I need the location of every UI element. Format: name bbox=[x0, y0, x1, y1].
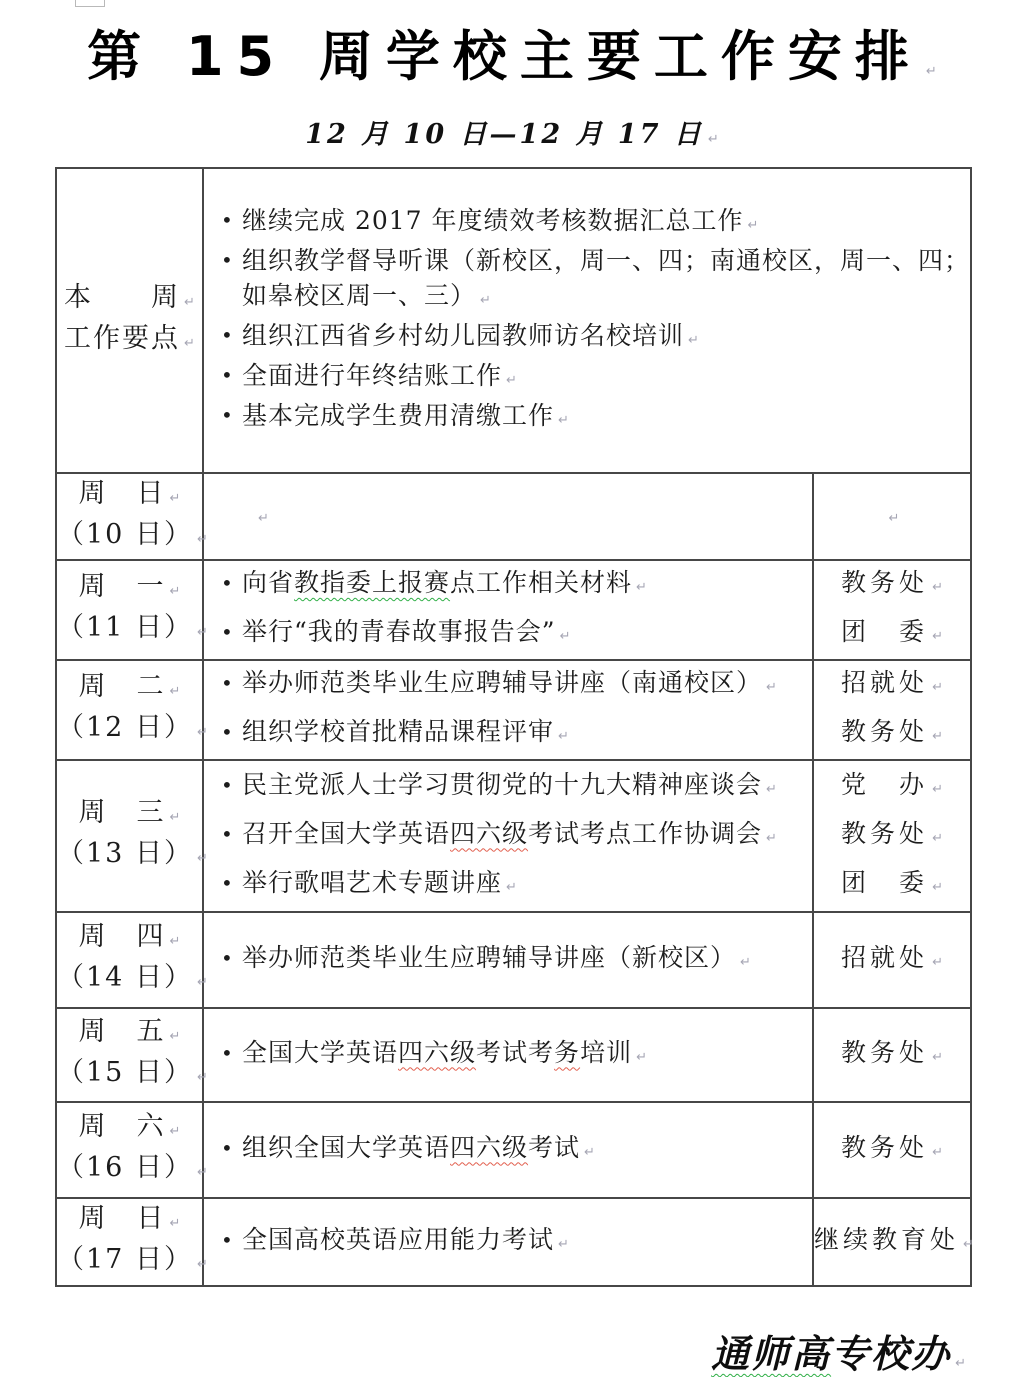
paragraph-mark bbox=[166, 478, 181, 509]
work-item: •举办师范类毕业生应聘辅导讲座（南通校区） bbox=[204, 661, 812, 710]
proofing-underlined-text: 四六级 bbox=[450, 819, 528, 848]
paragraph-mark bbox=[928, 943, 943, 972]
proofing-underlined-text: 务 bbox=[554, 1038, 580, 1067]
text-segment: 继续教育处 bbox=[814, 1225, 959, 1254]
work-item-text: 向省教指委上报赛点工作相关材料 bbox=[242, 568, 632, 597]
paragraph-mark bbox=[928, 868, 943, 897]
text-segment: 举行歌唱艺术专题讲座 bbox=[242, 868, 502, 897]
text-segment: 组织学校首批精品课程评审 bbox=[242, 717, 554, 746]
bullet-icon: • bbox=[221, 1031, 234, 1075]
work-items-cell: •举办师范类毕业生应聘辅导讲座（南通校区）•组织学校首批精品课程评审 bbox=[203, 660, 813, 760]
department-name: 团 委 bbox=[814, 861, 970, 910]
work-items-list: •向省教指委上报赛点工作相关材料•举行“我的青春故事报告会” bbox=[204, 561, 812, 659]
work-items-cell: •举办师范类毕业生应聘辅导讲座（新校区） bbox=[203, 912, 813, 1008]
work-items-cell: •组织全国大学英语四六级考试 bbox=[203, 1102, 813, 1198]
department-cell: 教务处 bbox=[813, 1008, 971, 1102]
document-page: 第 15 周学校主要工作安排 12 月 10 日—12 月 17 日 本 周工作… bbox=[0, 0, 1024, 1377]
text-segment: 党 办 bbox=[841, 770, 928, 799]
page-title-text: 第 15 周学校主要工作安排 bbox=[87, 25, 922, 88]
paragraph-mark bbox=[885, 507, 900, 526]
text-segment: 培训 bbox=[580, 1038, 632, 1067]
work-item-text: 组织全国大学英语四六级考试 bbox=[242, 1133, 580, 1162]
bullet-icon: • bbox=[221, 861, 234, 905]
work-item: •举行“我的青春故事报告会” bbox=[204, 610, 812, 659]
work-items-cell: •向省教指委上报赛点工作相关材料•举行“我的青春故事报告会” bbox=[203, 560, 813, 660]
text-segment: 教务处 bbox=[841, 819, 928, 848]
text-segment: 全国高校英语应用能力考试 bbox=[242, 1225, 554, 1254]
date-range-text: 12 月 10 日—12 月 17 日 bbox=[305, 119, 704, 150]
paragraph-mark bbox=[762, 668, 777, 697]
date-range: 12 月 10 日—12 月 17 日 bbox=[0, 112, 1024, 151]
work-item: •全面进行年终结账工作 bbox=[204, 358, 970, 398]
work-item-text: 全面进行年终结账工作 bbox=[242, 361, 502, 390]
work-item: •组织教学督导听课（新校区，周一、四；南通校区，周一、四；如皋校区周一、三） bbox=[204, 243, 970, 318]
text-segment: 教务处 bbox=[841, 717, 928, 746]
department-cell: 教务处团 委 bbox=[813, 560, 971, 660]
signature-text: 通师高专校办 bbox=[711, 1331, 951, 1376]
day-label-line1: 本 周 bbox=[57, 280, 202, 321]
work-item-text: 组织学校首批精品课程评审 bbox=[242, 717, 554, 746]
text-segment: 周 三 bbox=[79, 797, 166, 828]
day-label-line1: 周 日 bbox=[57, 476, 202, 517]
proofing-underlined-text: 教指委上报赛 bbox=[294, 568, 450, 597]
work-item: •基本完成学生费用清缴工作 bbox=[204, 398, 970, 438]
bullet-icon: • bbox=[221, 561, 234, 605]
paragraph-mark bbox=[928, 668, 943, 697]
text-segment: 组织江西省乡村幼儿园教师访名校培训 bbox=[242, 321, 684, 350]
paragraph-mark bbox=[166, 1203, 181, 1234]
day-label-cell: 周 五（15 日） bbox=[56, 1008, 203, 1102]
day-label-line2: 工作要点 bbox=[57, 321, 202, 362]
department-cell: 继续教育处 bbox=[813, 1198, 971, 1286]
day-label-line1: 周 三 bbox=[57, 795, 202, 836]
paragraph-mark bbox=[959, 1225, 974, 1254]
department-name: 招就处 bbox=[814, 936, 970, 985]
text-segment: （15 日） bbox=[57, 1057, 193, 1088]
department-name: 教务处 bbox=[814, 1126, 970, 1175]
day-label-line2: （16 日） bbox=[57, 1150, 202, 1191]
work-item: •组织全国大学英语四六级考试 bbox=[204, 1126, 812, 1175]
text-segment: 民主党派人士学习贯彻党的十九大精神座谈会 bbox=[242, 770, 762, 799]
bullet-icon: • bbox=[221, 203, 234, 238]
work-item: •全国大学英语四六级考试考务培训 bbox=[204, 1031, 812, 1080]
work-item-text: 继续完成 2017 年度绩效考核数据汇总工作 bbox=[242, 206, 744, 235]
paragraph-mark bbox=[166, 1016, 181, 1047]
work-item-text: 全国高校英语应用能力考试 bbox=[242, 1225, 554, 1254]
bullet-icon: • bbox=[221, 398, 234, 433]
day-label-cell: 周 二（12 日） bbox=[56, 660, 203, 760]
bullet-icon: • bbox=[221, 710, 234, 754]
work-items-list: •继续完成 2017 年度绩效考核数据汇总工作•组织教学督导听课（新校区，周一、… bbox=[204, 203, 970, 438]
text-segment: 基本完成学生费用清缴工作 bbox=[242, 401, 554, 430]
day-label-line2: （11 日） bbox=[57, 610, 202, 651]
text-segment: 考试考点工作协调会 bbox=[528, 819, 762, 848]
paragraph-mark bbox=[736, 943, 751, 972]
work-item: •向省教指委上报赛点工作相关材料 bbox=[204, 561, 812, 610]
paragraph-mark bbox=[684, 321, 699, 350]
paragraph-mark bbox=[554, 1225, 569, 1254]
work-items-list: •全国高校英语应用能力考试 bbox=[204, 1218, 812, 1267]
bullet-icon: • bbox=[221, 243, 234, 278]
bullet-icon: • bbox=[221, 661, 234, 705]
text-segment: 周 二 bbox=[79, 671, 166, 702]
text-segment: 点工作相关材料 bbox=[450, 568, 632, 597]
paragraph-mark bbox=[928, 717, 943, 746]
summary-row: 本 周工作要点•继续完成 2017 年度绩效考核数据汇总工作•组织教学督导听课（… bbox=[56, 168, 971, 473]
day-label-cell: 本 周工作要点 bbox=[56, 168, 203, 473]
day-label-line1: 周 日 bbox=[57, 1201, 202, 1242]
day-row: 周 五（15 日）•全国大学英语四六级考试考务培训教务处 bbox=[56, 1008, 971, 1102]
day-row: 周 日（10 日） bbox=[56, 473, 971, 560]
text-segment: 召开全国大学英语 bbox=[242, 819, 450, 848]
signature: 通师高专校办 bbox=[0, 1323, 1024, 1377]
paragraph-mark bbox=[762, 819, 777, 848]
day-label-line2: （12 日） bbox=[57, 710, 202, 751]
paragraph-mark bbox=[166, 571, 181, 602]
text-segment: 招就处 bbox=[841, 943, 928, 972]
text-segment: 全国大学英语 bbox=[242, 1038, 398, 1067]
text-segment: 举行“我的青春故事报告会” bbox=[242, 617, 556, 646]
department-cell: 党 办教务处团 委 bbox=[813, 760, 971, 912]
text-segment: （11 日） bbox=[57, 612, 193, 643]
proofing-underlined-text: 通师高 bbox=[711, 1331, 831, 1376]
paragraph-mark bbox=[744, 206, 759, 235]
department-name: 教务处 bbox=[814, 1031, 970, 1080]
text-segment: （16 日） bbox=[57, 1152, 193, 1183]
page-title: 第 15 周学校主要工作安排 bbox=[0, 0, 1024, 88]
schedule-table-body: 本 周工作要点•继续完成 2017 年度绩效考核数据汇总工作•组织教学督导听课（… bbox=[56, 168, 971, 1286]
day-label-line1: 周 二 bbox=[57, 669, 202, 710]
department-name: 教务处 bbox=[814, 561, 970, 610]
work-item: •组织学校首批精品课程评审 bbox=[204, 710, 812, 759]
paragraph-mark bbox=[166, 1111, 181, 1142]
paragraph-mark bbox=[928, 568, 943, 597]
paragraph-mark bbox=[554, 717, 569, 746]
work-item: •组织江西省乡村幼儿园教师访名校培训 bbox=[204, 318, 970, 358]
text-segment: 继续完成 2017 年度绩效考核数据汇总工作 bbox=[242, 206, 744, 235]
text-segment: 考试 bbox=[528, 1133, 580, 1162]
paragraph-mark bbox=[928, 770, 943, 799]
bullet-icon: • bbox=[221, 610, 234, 654]
work-items-list: •组织全国大学英语四六级考试 bbox=[204, 1126, 812, 1175]
day-label-cell: 周 三（13 日） bbox=[56, 760, 203, 912]
text-segment: （17 日） bbox=[57, 1244, 193, 1275]
paragraph-mark bbox=[476, 281, 491, 310]
text-segment: 举办师范类毕业生应聘辅导讲座（南通校区） bbox=[242, 668, 762, 697]
text-segment: 周 六 bbox=[79, 1111, 166, 1142]
paragraph-mark bbox=[554, 401, 569, 430]
work-item-text: 举办师范类毕业生应聘辅导讲座（南通校区） bbox=[242, 668, 762, 697]
day-label-line2: （17 日） bbox=[57, 1242, 202, 1283]
paragraph-mark bbox=[166, 671, 181, 702]
paragraph-mark bbox=[632, 1038, 647, 1067]
proofing-underlined-text: 四六级 bbox=[398, 1038, 476, 1067]
work-item-text: 组织江西省乡村幼儿园教师访名校培训 bbox=[242, 321, 684, 350]
bullet-icon: • bbox=[221, 763, 234, 807]
text-segment: 全面进行年终结账工作 bbox=[242, 361, 502, 390]
work-item-text: 组织教学督导听课（新校区，周一、四；南通校区，周一、四；如皋校区周一、三） bbox=[242, 246, 970, 310]
text-segment: 周 四 bbox=[79, 921, 166, 952]
work-items-list bbox=[204, 507, 812, 526]
work-items-cell: •民主党派人士学习贯彻党的十九大精神座谈会•召开全国大学英语四六级考试考点工作协… bbox=[203, 760, 813, 912]
text-segment: 团 委 bbox=[841, 617, 928, 646]
bullet-icon: • bbox=[221, 358, 234, 393]
day-label-line1: 周 一 bbox=[57, 569, 202, 610]
day-label-line2: （10 日） bbox=[57, 517, 202, 558]
work-item-text: 举办师范类毕业生应聘辅导讲座（新校区） bbox=[242, 943, 736, 972]
work-item-text: 举行“我的青春故事报告会” bbox=[242, 617, 556, 646]
work-item: •举办师范类毕业生应聘辅导讲座（新校区） bbox=[204, 936, 812, 985]
paragraph-mark bbox=[580, 1133, 595, 1162]
bullet-icon: • bbox=[221, 1218, 234, 1262]
text-segment: （10 日） bbox=[57, 519, 193, 550]
work-items-cell: •全国高校英语应用能力考试 bbox=[203, 1198, 813, 1286]
work-items-cell: •全国大学英语四六级考试考务培训 bbox=[203, 1008, 813, 1102]
bullet-icon: • bbox=[221, 1126, 234, 1170]
paragraph-mark bbox=[502, 868, 517, 897]
paragraph-mark bbox=[928, 617, 943, 646]
department-name: 继续教育处 bbox=[814, 1218, 970, 1267]
paragraph-mark bbox=[204, 507, 269, 526]
paragraph-mark bbox=[928, 819, 943, 848]
department-name: 教务处 bbox=[814, 812, 970, 861]
work-item: •继续完成 2017 年度绩效考核数据汇总工作 bbox=[204, 203, 970, 243]
text-segment: 本 周 bbox=[64, 282, 180, 313]
work-items-list: •全国大学英语四六级考试考务培训 bbox=[204, 1031, 812, 1080]
text-segment: 周 日 bbox=[79, 478, 166, 509]
department-name: 招就处 bbox=[814, 661, 970, 710]
day-label-cell: 周 日（17 日） bbox=[56, 1198, 203, 1286]
work-item-text: 举行歌唱艺术专题讲座 bbox=[242, 868, 502, 897]
text-segment: 举办师范类毕业生应聘辅导讲座（新校区） bbox=[242, 943, 736, 972]
day-row: 周 日（17 日）•全国高校英语应用能力考试继续教育处 bbox=[56, 1198, 971, 1286]
work-items-list: •举办师范类毕业生应聘辅导讲座（南通校区）•组织学校首批精品课程评审 bbox=[204, 661, 812, 759]
work-item: •召开全国大学英语四六级考试考点工作协调会 bbox=[204, 812, 812, 861]
text-segment: 考试考 bbox=[476, 1038, 554, 1067]
paragraph-mark bbox=[928, 1133, 943, 1162]
work-item-text: 民主党派人士学习贯彻党的十九大精神座谈会 bbox=[242, 770, 762, 799]
day-label-cell: 周 一（11 日） bbox=[56, 560, 203, 660]
day-label-line2: （13 日） bbox=[57, 836, 202, 877]
text-segment: 组织全国大学英语 bbox=[242, 1133, 450, 1162]
text-segment: 教务处 bbox=[841, 568, 928, 597]
paragraph-mark bbox=[632, 568, 647, 597]
bullet-icon: • bbox=[221, 936, 234, 980]
department-cell: 教务处 bbox=[813, 1102, 971, 1198]
paragraph-mark bbox=[762, 770, 777, 799]
paragraph-mark bbox=[922, 25, 937, 88]
text-segment: （12 日） bbox=[57, 712, 193, 743]
text-segment: 组织教学督导听课（新校区，周一、四；南通校区，周一、四；如皋校区周一、三） bbox=[242, 246, 970, 310]
text-segment: 周 一 bbox=[79, 571, 166, 602]
day-row: 周 一（11 日）•向省教指委上报赛点工作相关材料•举行“我的青春故事报告会”教… bbox=[56, 560, 971, 660]
work-item: •全国高校英语应用能力考试 bbox=[204, 1218, 812, 1267]
paragraph-mark bbox=[556, 617, 571, 646]
text-segment: 工作要点 bbox=[64, 323, 180, 354]
day-label-cell: 周 六（16 日） bbox=[56, 1102, 203, 1198]
text-segment: 招就处 bbox=[841, 668, 928, 697]
work-item-text: 基本完成学生费用清缴工作 bbox=[242, 401, 554, 430]
paragraph-mark bbox=[166, 921, 181, 952]
department-name: 团 委 bbox=[814, 610, 970, 659]
day-label-line2: （14 日） bbox=[57, 960, 202, 1001]
department-cell bbox=[813, 473, 971, 560]
day-row: 周 二（12 日）•举办师范类毕业生应聘辅导讲座（南通校区）•组织学校首批精品课… bbox=[56, 660, 971, 760]
paragraph-mark bbox=[502, 361, 517, 390]
day-row: 周 四（14 日）•举办师范类毕业生应聘辅导讲座（新校区）招就处 bbox=[56, 912, 971, 1008]
paragraph-mark bbox=[951, 1331, 966, 1376]
work-item-text: 全国大学英语四六级考试考务培训 bbox=[242, 1038, 632, 1067]
text-segment: 专校办 bbox=[831, 1331, 951, 1376]
text-segment: 教务处 bbox=[841, 1038, 928, 1067]
day-label-line1: 周 五 bbox=[57, 1014, 202, 1055]
bullet-icon: • bbox=[221, 318, 234, 353]
day-row: 周 六（16 日）•组织全国大学英语四六级考试教务处 bbox=[56, 1102, 971, 1198]
paragraph-mark bbox=[180, 323, 195, 354]
department-cell: 招就处教务处 bbox=[813, 660, 971, 760]
work-items-cell: •继续完成 2017 年度绩效考核数据汇总工作•组织教学督导听课（新校区，周一、… bbox=[203, 168, 971, 473]
text-segment: 教务处 bbox=[841, 1133, 928, 1162]
paragraph-mark bbox=[180, 282, 195, 313]
paragraph-mark bbox=[704, 119, 719, 150]
work-item: •民主党派人士学习贯彻党的十九大精神座谈会 bbox=[204, 763, 812, 812]
text-segment: 向省 bbox=[242, 568, 294, 597]
text-segment: 团 委 bbox=[841, 868, 928, 897]
work-items-cell bbox=[203, 473, 813, 560]
paragraph-mark bbox=[166, 797, 181, 828]
department-name: 党 办 bbox=[814, 763, 970, 812]
day-label-cell: 周 四（14 日） bbox=[56, 912, 203, 1008]
paragraph-mark bbox=[928, 1038, 943, 1067]
day-label-cell: 周 日（10 日） bbox=[56, 473, 203, 560]
department-cell: 招就处 bbox=[813, 912, 971, 1008]
day-row: 周 三（13 日）•民主党派人士学习贯彻党的十九大精神座谈会•召开全国大学英语四… bbox=[56, 760, 971, 912]
day-label-line2: （15 日） bbox=[57, 1055, 202, 1096]
department-name: 教务处 bbox=[814, 710, 970, 759]
text-segment: （14 日） bbox=[57, 962, 193, 993]
text-segment: 周 五 bbox=[79, 1016, 166, 1047]
work-item-text: 召开全国大学英语四六级考试考点工作协调会 bbox=[242, 819, 762, 848]
bullet-icon: • bbox=[221, 812, 234, 856]
scan-artifact bbox=[75, 0, 105, 7]
text-segment: （13 日） bbox=[57, 838, 193, 869]
day-label-line1: 周 六 bbox=[57, 1109, 202, 1150]
day-label-line1: 周 四 bbox=[57, 919, 202, 960]
work-items-list: •民主党派人士学习贯彻党的十九大精神座谈会•召开全国大学英语四六级考试考点工作协… bbox=[204, 763, 812, 910]
work-item: •举行歌唱艺术专题讲座 bbox=[204, 861, 812, 910]
proofing-underlined-text: 四六级 bbox=[450, 1133, 528, 1162]
schedule-table: 本 周工作要点•继续完成 2017 年度绩效考核数据汇总工作•组织教学督导听课（… bbox=[55, 167, 972, 1287]
work-items-list: •举办师范类毕业生应聘辅导讲座（新校区） bbox=[204, 936, 812, 985]
text-segment: 周 日 bbox=[79, 1203, 166, 1234]
